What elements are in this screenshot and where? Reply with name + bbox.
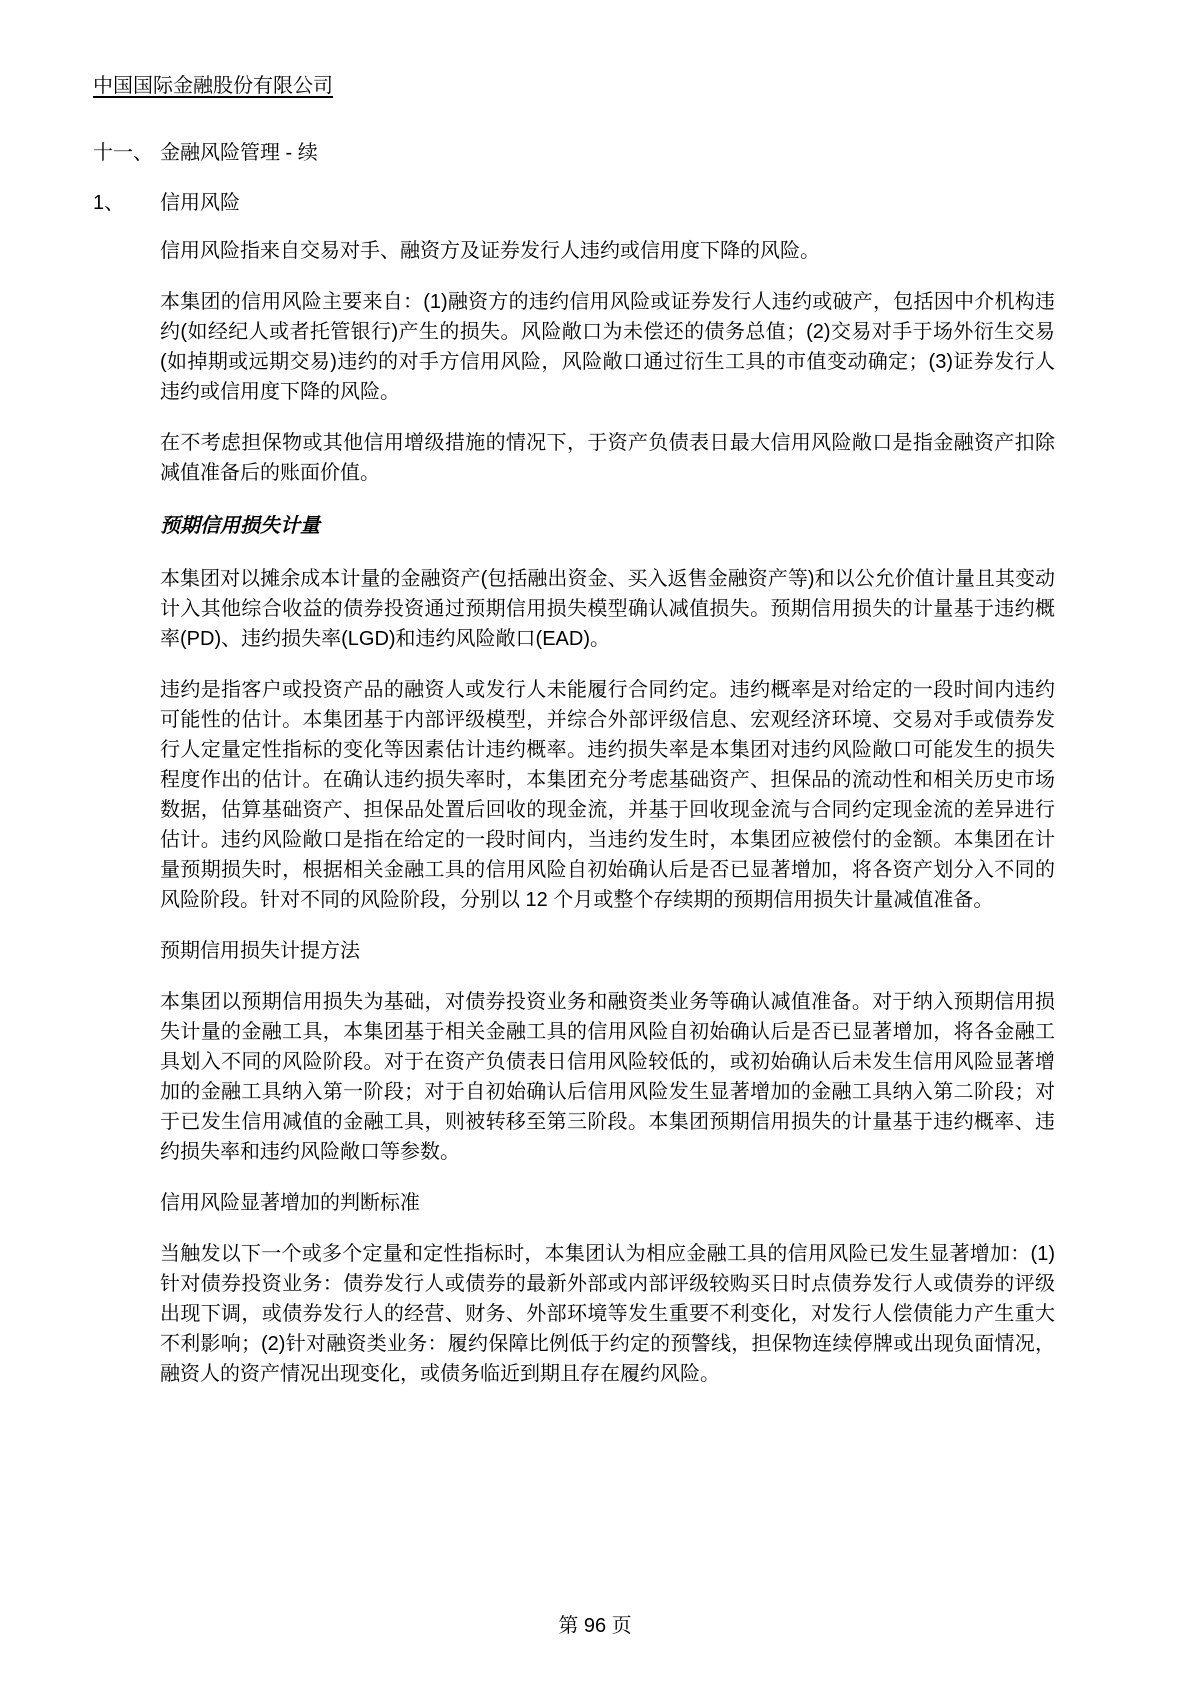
- subsection-heading: 1、 信用风险: [93, 188, 1053, 218]
- subsection-number: 1、: [93, 188, 160, 218]
- heading-ecl-measurement: 预期信用损失计量: [160, 511, 1055, 541]
- paragraph-staging: 本集团以预期信用损失为基础，对债券投资业务和融资类业务等确认减值准备。对于纳入预…: [160, 987, 1055, 1167]
- paragraph-default-definition: 违约是指客户或投资产品的融资人或发行人未能履行合同约定。违约概率是对给定的一段时…: [160, 675, 1055, 915]
- paragraph-sicr-triggers: 当触发以下一个或多个定量和定性指标时，本集团认为相应金融工具的信用风险已发生显著…: [160, 1239, 1055, 1389]
- section-number: 十一、: [93, 138, 160, 168]
- paragraph-ecl-model: 本集团对以摊余成本计量的金融资产(包括融出资金、买入返售金融资产等)和以公允价值…: [160, 564, 1055, 654]
- heading-ecl-method: 预期信用损失计提方法: [160, 936, 1055, 966]
- page-number: 第 96 页: [558, 1615, 631, 1637]
- document-page: 中国国际金融股份有限公司 十一、 金融风险管理 - 续 1、 信用风险 信用风险…: [0, 0, 1190, 1683]
- subsection-title: 信用风险: [160, 188, 240, 218]
- paragraph-max-exposure: 在不考虑担保物或其他信用增级措施的情况下，于资产负债表日最大信用风险敞口是指金融…: [160, 428, 1055, 488]
- page-footer: 第 96 页: [0, 1612, 1190, 1640]
- heading-sicr-criteria: 信用风险显著增加的判断标准: [160, 1188, 1055, 1218]
- section-heading: 十一、 金融风险管理 - 续: [93, 138, 1053, 168]
- section-title: 金融风险管理 - 续: [160, 138, 318, 168]
- paragraph-credit-risk-sources: 本集团的信用风险主要来自：(1)融资方的违约信用风险或证券发行人违约或破产，包括…: [160, 287, 1055, 407]
- company-name: 中国国际金融股份有限公司: [93, 72, 1190, 100]
- paragraph-credit-risk-intro: 信用风险指来自交易对手、融资方及证券发行人违约或信用度下降的风险。: [160, 236, 1055, 266]
